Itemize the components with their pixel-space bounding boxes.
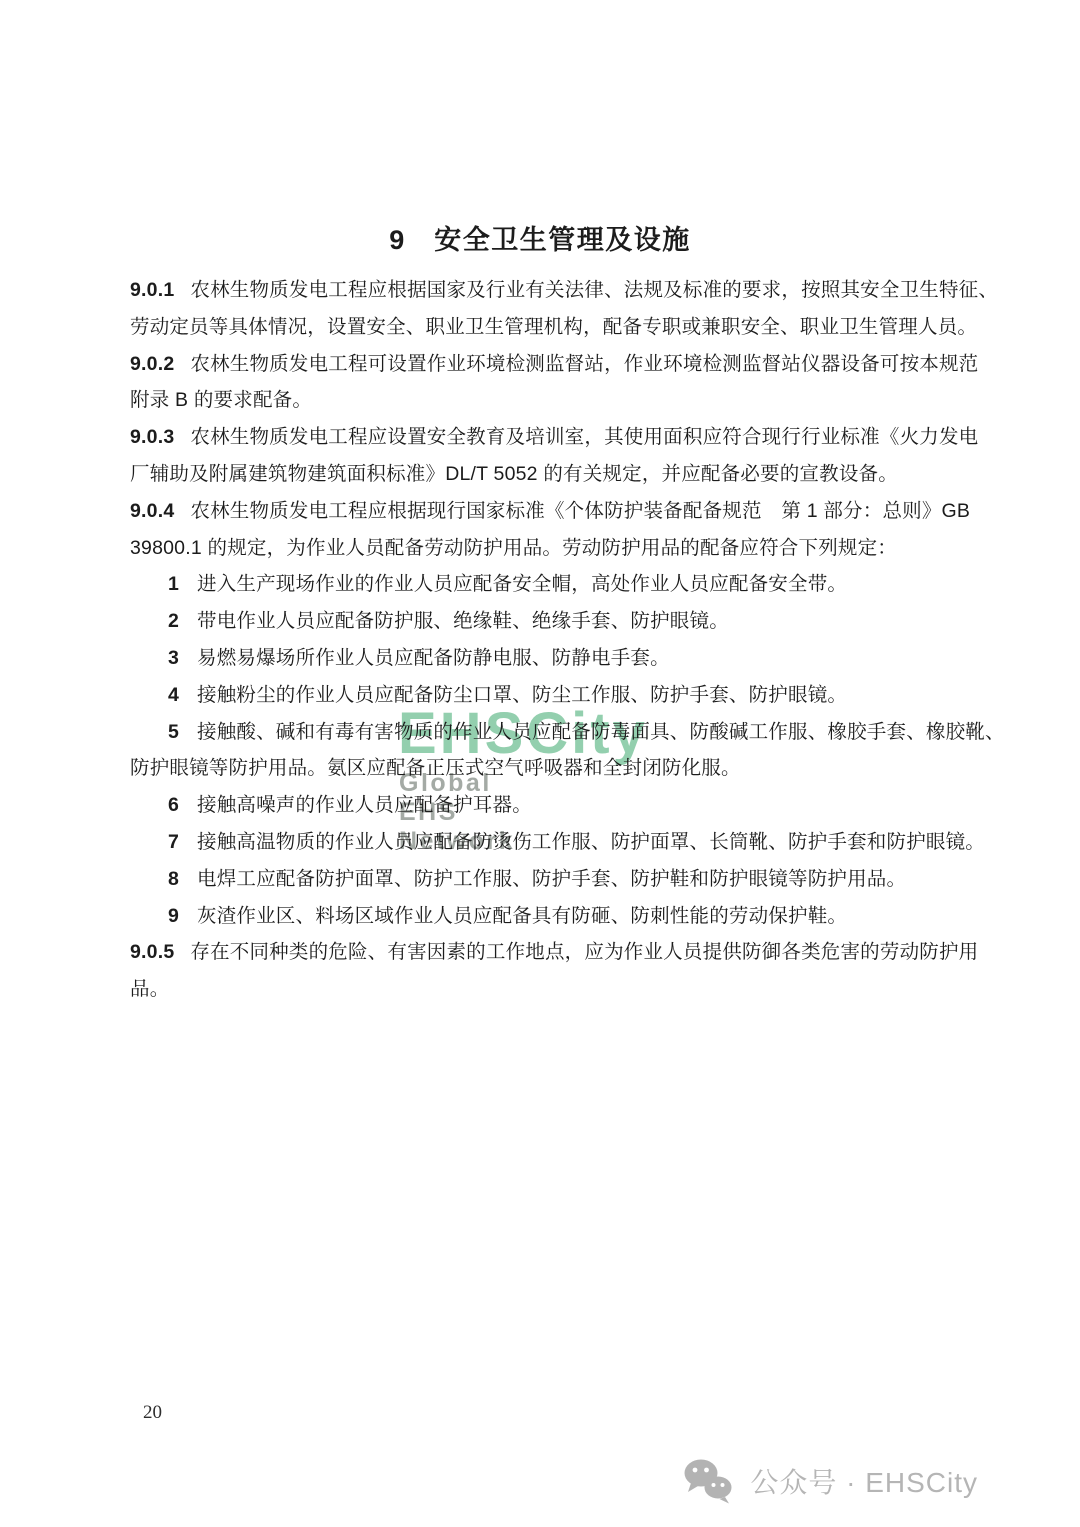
clause-text: 存在不同种类的危险、有害因素的工作地点，应为作业人员提供防御各类危害的劳动防护用	[190, 941, 978, 963]
clause-line: 劳动定员等具体情况，设置安全、职业卫生管理机构，配备专职或兼职安全、职业卫生管理…	[130, 309, 954, 346]
list-item-text: 接触高温物质的作业人员应配备防烫伤工作服、防护面罩、长筒靴、防护手套和防护眼镜。	[197, 831, 985, 853]
clause-line: 品。	[130, 971, 954, 1008]
page-number: 20	[143, 1402, 162, 1424]
wechat-badge: 公众号 · EHSCity	[682, 1458, 978, 1504]
clause-number: 9.0.1	[130, 279, 174, 301]
list-item-number: 3	[168, 640, 197, 677]
list-item-number: 1	[168, 566, 197, 603]
wechat-icon	[682, 1458, 734, 1504]
list-item: 3易燃易爆场所作业人员应配备防静电服、防静电手套。	[130, 640, 954, 677]
clause-line: 附录 B 的要求配备。	[130, 382, 954, 419]
list-item: 1进入生产现场作业的作业人员应配备安全帽，高处作业人员应配备安全带。	[130, 566, 954, 603]
list-item-number: 2	[168, 603, 197, 640]
list-item-number: 6	[168, 787, 197, 824]
clause-line: 厂辅助及附属建筑物建筑面积标准》DL/T 5052 的有关规定，并应配备必要的宣…	[130, 456, 954, 493]
list-item-text: 灰渣作业区、料场区域作业人员应配备具有防砸、防刺性能的劳动保护鞋。	[197, 905, 847, 927]
clause-text: 农林生物质发电工程应设置安全教育及培训室，其使用面积应符合现行行业标准《火力发电	[190, 426, 978, 448]
clause-number: 9.0.4	[130, 500, 174, 522]
clause-number: 9.0.5	[130, 941, 174, 963]
list-item-text: 接触高噪声的作业人员应配备护耳器。	[197, 794, 532, 816]
list-item: 5接触酸、碱和有毒有害物质的作业人员应配备防毒面具、防酸碱工作服、橡胶手套、橡胶…	[130, 714, 954, 751]
clause-line: 9.0.3农林生物质发电工程应设置安全教育及培训室，其使用面积应符合现行行业标准…	[130, 419, 954, 456]
list-item: 4接触粉尘的作业人员应配备防尘口罩、防尘工作服、防护手套、防护眼镜。	[130, 677, 954, 714]
document-page: EHSCity Global EHS Network 9 安全卫生管理及设施 9…	[0, 0, 1080, 1527]
clause-line: 39800.1 的规定，为作业人员配备劳动防护用品。劳动防护用品的配备应符合下列…	[130, 530, 954, 567]
list-item: 9灰渣作业区、料场区域作业人员应配备具有防砸、防刺性能的劳动保护鞋。	[130, 898, 954, 935]
list-item: 2带电作业人员应配备防护服、绝缘鞋、绝缘手套、防护眼镜。	[130, 603, 954, 640]
list-item-number: 7	[168, 824, 197, 861]
clause-text: 农林生物质发电工程可设置作业环境检测监督站，作业环境检测监督站仪器设备可按本规范	[190, 353, 978, 375]
list-item-number: 4	[168, 677, 197, 714]
clause-line: 9.0.5存在不同种类的危险、有害因素的工作地点，应为作业人员提供防御各类危害的…	[130, 934, 954, 971]
clause-line: 9.0.4农林生物质发电工程应根据现行国家标准《个体防护装备配备规范 第 1 部…	[130, 493, 954, 530]
clause-text: 农林生物质发电工程应根据国家及行业有关法律、法规及标准的要求，按照其安全卫生特征…	[190, 279, 998, 301]
list-item: 8电焊工应配备防护面罩、防护工作服、防护手套、防护鞋和防护眼镜等防护用品。	[130, 861, 954, 898]
list-item-number: 5	[168, 714, 197, 751]
wechat-label: 公众号 · EHSCity	[750, 1461, 978, 1501]
list-item-number: 9	[168, 898, 197, 935]
list-item-text: 进入生产现场作业的作业人员应配备安全帽，高处作业人员应配备安全带。	[197, 573, 847, 595]
list-item-text: 接触酸、碱和有毒有害物质的作业人员应配备防毒面具、防酸碱工作服、橡胶手套、橡胶靴…	[197, 721, 1005, 743]
chapter-title: 9 安全卫生管理及设施	[0, 218, 1080, 257]
clause-number: 9.0.2	[130, 353, 174, 375]
list-item: 7接触高温物质的作业人员应配备防烫伤工作服、防护面罩、长筒靴、防护手套和防护眼镜…	[130, 824, 954, 861]
list-item: 6接触高噪声的作业人员应配备护耳器。	[130, 787, 954, 824]
list-item-text: 接触粉尘的作业人员应配备防尘口罩、防尘工作服、防护手套、防护眼镜。	[197, 684, 847, 706]
clause-line: 9.0.1农林生物质发电工程应根据国家及行业有关法律、法规及标准的要求，按照其安…	[130, 272, 954, 309]
list-item-text: 带电作业人员应配备防护服、绝缘鞋、绝缘手套、防护眼镜。	[197, 610, 729, 632]
list-item-number: 8	[168, 861, 197, 898]
clause-text: 农林生物质发电工程应根据现行国家标准《个体防护装备配备规范 第 1 部分：总则》…	[190, 500, 970, 522]
list-item-text: 易燃易爆场所作业人员应配备防静电服、防静电手套。	[197, 647, 670, 669]
document-body: 9.0.1农林生物质发电工程应根据国家及行业有关法律、法规及标准的要求，按照其安…	[130, 272, 954, 1008]
list-item-text: 电焊工应配备防护面罩、防护工作服、防护手套、防护鞋和防护眼镜等防护用品。	[197, 868, 906, 890]
clause-number: 9.0.3	[130, 426, 174, 448]
list-item-continuation: 防护眼镜等防护用品。氨区应配备正压式空气呼吸器和全封闭防化服。	[130, 750, 954, 787]
clause-line: 9.0.2农林生物质发电工程可设置作业环境检测监督站，作业环境检测监督站仪器设备…	[130, 346, 954, 383]
